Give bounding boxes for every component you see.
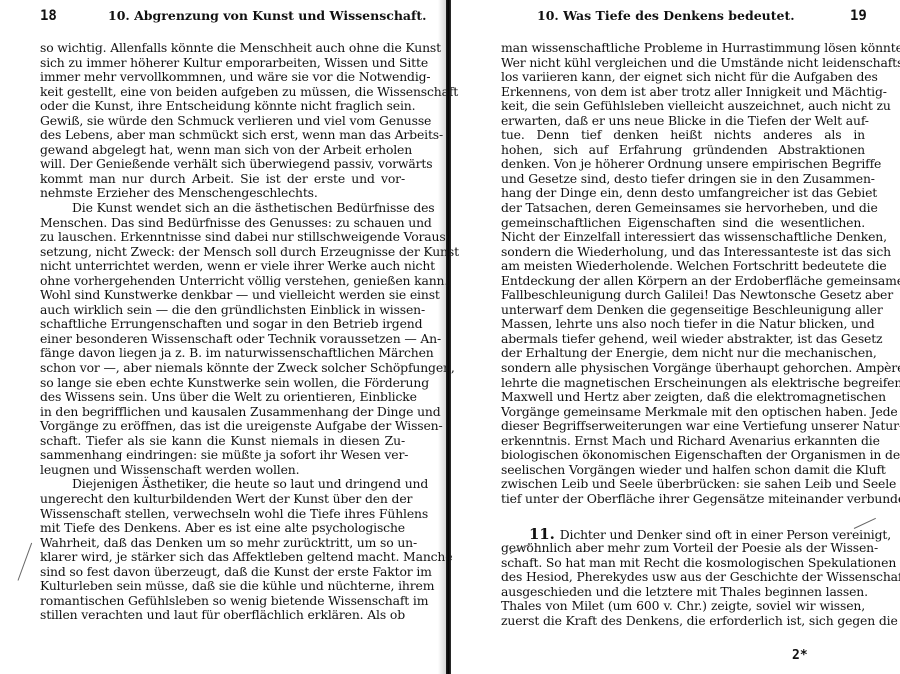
running-head: 10. Was Tiefe des Denkens bedeutet. [537, 8, 795, 23]
text-line: leugnen und Wissenschaft werden wollen. [40, 463, 405, 478]
text-line: schon vor —, aber niemals könnte der Zwe… [40, 361, 405, 376]
text-line: so lange sie eben echte Kunstwerke sein … [40, 376, 405, 391]
text-line: sammenhang eindringen: sie müßte ja sofo… [40, 448, 405, 463]
page-number: 18 [40, 8, 57, 24]
pencil-mark [18, 543, 33, 581]
text-line: Gewiß, sie würde den Schmuck verlieren u… [40, 114, 405, 129]
text-line: denken. Von je höherer Ordnung unsere em… [501, 157, 865, 172]
text-line: sich zu immer höherer Kultur emporarbeit… [40, 56, 405, 71]
page-body-text: so wichtig. Allenfalls könnte die Mensch… [40, 41, 405, 623]
text-line: nicht unterrichtet werden, wenn er viele… [40, 259, 405, 274]
text-line: setzung, nicht Zweck: der Mensch soll du… [40, 245, 405, 260]
text-line: zwischen Leib und Seele überbrücken: sie… [501, 477, 865, 492]
text-line: abermals tiefer gehend, weil wieder abst… [501, 332, 865, 347]
text-line: und Gesetze sind, desto tiefer dringen s… [501, 172, 865, 187]
text-line: Die Kunst wendet sich an die ästhetische… [40, 201, 405, 216]
text-line: Erkennens, von dem ist aber trotz aller … [501, 85, 865, 100]
section-gap [501, 507, 865, 527]
text-line: keit, die sein Gefühlsleben vielleicht a… [501, 99, 865, 114]
text-line: Thales von Milet (um 600 v. Chr.) zeigte… [501, 599, 865, 614]
text-line: romantischen Gefühlsleben so wenig biete… [40, 594, 405, 609]
text-line: lehrte die magnetischen Erscheinungen al… [501, 376, 865, 391]
text-line: fänge davon liegen ja z. B. im naturwiss… [40, 346, 405, 361]
text-line: klarer wird, je stärker sich das Affektl… [40, 550, 405, 565]
spine-shadow [438, 0, 446, 674]
text-line: biologischen ökonomischen Eigenschaften … [501, 448, 865, 463]
text-line: Wohl sind Kunstwerke denkbar — und viell… [40, 288, 405, 303]
text-line: des Lebens, aber man schmückt sich erst,… [40, 128, 405, 143]
text-line: Massen, lehrte uns also noch tiefer in d… [501, 317, 865, 332]
text-line: Wissenschaft stellen, verwechseln wohl d… [40, 507, 405, 522]
text-line: ohne vorhergehenden Unterricht völlig ve… [40, 274, 405, 289]
text-line: mit Tiefe des Denkens. Aber es ist eine … [40, 521, 405, 536]
text-line: dieser Begriffserweiterungen war eine Ve… [501, 419, 865, 434]
text-line: Menschen. Das sind Bedürfnisse des Genus… [40, 216, 405, 231]
text-line: Fallbeschleunigung durch Galilei! Das Ne… [501, 288, 865, 303]
text-line: immer mehr vervollkommnen, und wäre sie … [40, 70, 405, 85]
text-line: zuerst die Kraft des Denkens, die erford… [501, 614, 865, 629]
text-line: Entdeckung der allen Körpern an der Erdo… [501, 274, 865, 289]
text-line: so wichtig. Allenfalls könnte die Mensch… [40, 41, 405, 56]
text-line: einer besonderen Wissenschaft oder Techn… [40, 332, 405, 347]
text-line: hang der Dinge ein, denn desto umfangrei… [501, 186, 865, 201]
text-line: Maxwell und Hertz aber zeigten, daß die … [501, 390, 865, 405]
left-page: 18 10. Abgrenzung von Kunst und Wissensc… [0, 0, 446, 674]
text-line: hohen, sich auf Erfahrung gründenden Abs… [501, 143, 865, 158]
text-line: der Tatsachen, deren Gemeinsames sie her… [501, 201, 865, 216]
text-line: man wissenschaftliche Probleme in Hurras… [501, 41, 865, 56]
text-line: Nicht der Einzelfall interessiert das wi… [501, 230, 865, 245]
text-line: Wahrheit, daß das Denken um so mehr zurü… [40, 536, 405, 551]
text-line: seelischen Vorgängen wieder und halfen s… [501, 463, 865, 478]
text-line: sind so fest davon überzeugt, daß die Ku… [40, 565, 405, 580]
text-line: oder die Kunst, ihre Entscheidung könnte… [40, 99, 405, 114]
text-line: gewöhnlich aber mehr zum Vorteil der Poe… [501, 541, 865, 556]
text-line: tief unter der Oberfläche ihrer Gegensät… [501, 492, 865, 507]
text-line: keit gestellt, eine von beiden aufgeben … [40, 85, 405, 100]
text-line: der Erhaltung der Energie, dem nicht nur… [501, 346, 865, 361]
text-line: auch wirklich sein — die den gründlichst… [40, 303, 405, 318]
text-line: Vorgänge zu eröffnen, das ist die ureige… [40, 419, 405, 434]
text-line: sondern alle physischen Vorgänge überhau… [501, 361, 865, 376]
signature-mark: 2* [792, 648, 808, 663]
text-line: kommt man nur durch Arbeit. Sie ist der … [40, 172, 405, 187]
text-line: gemeinschaftlichen Eigenschaften sind di… [501, 216, 865, 231]
text-line: stillen verachten und laut für oberfläch… [40, 608, 405, 623]
text-line: will. Der Genießende verhält sich überwi… [40, 157, 405, 172]
text-line: Diejenigen Ästhetiker, die heute so laut… [40, 477, 405, 492]
text-line: schaft. So hat man mit Recht die kosmolo… [501, 556, 865, 571]
running-head: 10. Abgrenzung von Kunst und Wissenschaf… [108, 8, 427, 23]
text-line: schaft. Tiefer als sie kann die Kunst ni… [40, 434, 405, 449]
book-spine [446, 0, 451, 674]
text-line: erwarten, daß er uns neue Blicke in die … [501, 114, 865, 129]
text-line: des Wissens sein. Uns über die Welt zu o… [40, 390, 405, 405]
text-line: ungerecht den kulturbildenden Wert der K… [40, 492, 405, 507]
text-line: Wer nicht kühl vergleichen und die Umstä… [501, 56, 865, 71]
text-line: ausgeschieden und die letztere mit Thale… [501, 585, 865, 600]
text-line: zu lauschen. Erkenntnisse sind dabei nur… [40, 230, 405, 245]
text-line: schaftliche Errungenschaften und sogar i… [40, 317, 405, 332]
text-line: erkenntnis. Ernst Mach und Richard Avena… [501, 434, 865, 449]
text-line: sondern die Wiederholung, und das Intere… [501, 245, 865, 260]
text-line: 11. Dichter und Denker sind oft in einer… [501, 527, 865, 542]
text-line: Vorgänge gemeinsame Merkmale mit den opt… [501, 405, 865, 420]
text-line: gewand abgelegt hat, wenn man sich von d… [40, 143, 405, 158]
page-body-text: man wissenschaftliche Probleme in Hurras… [501, 41, 865, 628]
text-line: unterwarf dem Denken die gegenseitige Be… [501, 303, 865, 318]
text-line: tue. Denn tief denken heißt nichts ander… [501, 128, 865, 143]
text-line: in den begrifflichen und kausalen Zusamm… [40, 405, 405, 420]
text-line: am meisten Wiederholende. Welchen Fortsc… [501, 259, 865, 274]
page-number: 19 [850, 8, 867, 24]
text-line: nehmste Erzieher des Menschengeschlechts… [40, 186, 405, 201]
text-line: los variieren kann, der eignet sich nich… [501, 70, 865, 85]
text-line: des Hesiod, Pherekydes usw aus der Gesch… [501, 570, 865, 585]
text-line: Kulturleben sein müsse, daß sie die kühl… [40, 579, 405, 594]
right-page: 10. Was Tiefe des Denkens bedeutet. 19 m… [452, 0, 900, 674]
